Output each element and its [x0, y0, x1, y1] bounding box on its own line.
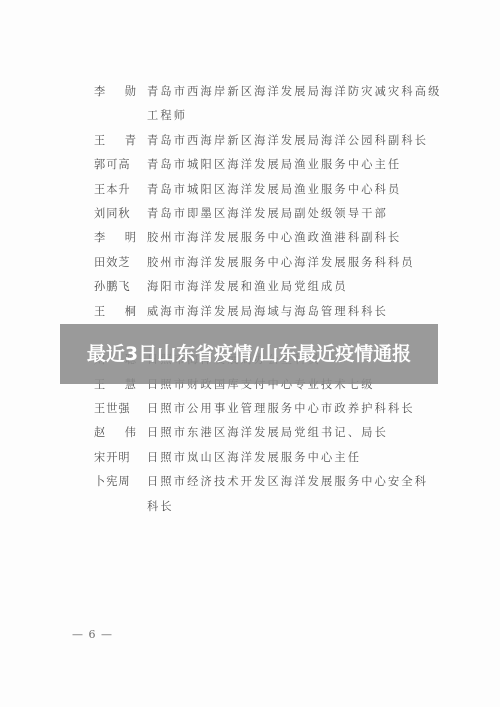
person-title: 青岛市西海岸新区海洋发展局海洋防灾减灾科高级 [147, 80, 442, 104]
person-name: 王青 [94, 129, 136, 153]
person-title: 日照市岚山区海洋发展服务中心主任 [147, 446, 361, 470]
person-title: 威海市海洋发展局海域与海岛管理科科长 [147, 300, 388, 324]
roster-row: 李明 胶州市海洋发展服务中心渔政渔港科副科长 [94, 226, 454, 250]
page-number: — 6 — [72, 628, 113, 641]
person-title: 青岛市城阳区海洋发展局渔业服务中心主任 [147, 153, 401, 177]
person-title-continuation: 科长 [147, 495, 174, 519]
person-title: 日照市公用事业管理服务中心市政养护科科长 [147, 397, 415, 421]
roster-row: 郭可高 青岛市城阳区海洋发展局渔业服务中心主任 [94, 153, 454, 177]
roster-row: 卜宪周 日照市经济技术开发区海洋发展服务中心安全科 [94, 470, 454, 494]
person-name: 孙鹏飞 [94, 275, 138, 299]
roster-row: 王青 青岛市西海岸新区海洋发展局海洋公园科副科长 [94, 129, 454, 153]
person-title: 胶州市海洋发展服务中心渔政渔港科副科长 [147, 226, 401, 250]
person-title: 海阳市海洋发展和渔业局党组成员 [147, 275, 348, 299]
person-title: 胶州市海洋发展服务中心海洋发展服务科科员 [147, 251, 415, 275]
roster-row: 赵伟 日照市东港区海洋发展局党组书记、局长 [94, 421, 454, 445]
roster-row: 田效芝 胶州市海洋发展服务中心海洋发展服务科科员 [94, 251, 454, 275]
person-name: 郭可高 [94, 153, 138, 177]
roster-row: 宋开明 日照市岚山区海洋发展服务中心主任 [94, 446, 454, 470]
person-name: 王本升 [94, 178, 138, 202]
person-title: 日照市经济技术开发区海洋发展服务中心安全科 [147, 470, 428, 494]
person-name: 赵伟 [94, 421, 136, 445]
roster-row: 孙鹏飞 海阳市海洋发展和渔业局党组成员 [94, 275, 454, 299]
person-name: 宋开明 [94, 446, 138, 470]
person-name: 李明 [94, 226, 136, 250]
person-name: 王世强 [94, 397, 138, 421]
person-title: 青岛市西海岸新区海洋发展局海洋公园科副科长 [147, 129, 428, 153]
person-name: 田效芝 [94, 251, 138, 275]
roster-row: 李勋 青岛市西海岸新区海洋发展局海洋防灾减灾科高级 [94, 80, 454, 104]
person-name: 卜宪周 [94, 470, 138, 494]
roster-row-continuation: 工程师 [94, 104, 454, 128]
personnel-roster: 李勋 青岛市西海岸新区海洋发展局海洋防灾减灾科高级 工程师 王青 青岛市西海岸新… [94, 80, 454, 519]
headline-text: 最近3日山东省疫情/山东最近疫情通报 [69, 343, 429, 365]
roster-row: 王世强 日照市公用事业管理服务中心市政养护科科长 [94, 397, 454, 421]
roster-row: 刘同秋 青岛市即墨区海洋发展局副处级领导干部 [94, 202, 454, 226]
person-name: 李勋 [94, 80, 136, 104]
person-title: 青岛市即墨区海洋发展局副处级领导干部 [147, 202, 388, 226]
roster-row: 王桐 威海市海洋发展局海域与海岛管理科科长 [94, 300, 454, 324]
person-name: 王桐 [94, 300, 136, 324]
person-name: 刘同秋 [94, 202, 138, 226]
person-title: 青岛市城阳区海洋发展局渔业服务中心科员 [147, 178, 401, 202]
person-title-continuation: 工程师 [147, 104, 187, 128]
headline-overlay-banner: 最近3日山东省疫情/山东最近疫情通报 [60, 324, 438, 384]
person-title: 日照市东港区海洋发展局党组书记、局长 [147, 421, 388, 445]
roster-row-continuation: 科长 [94, 495, 454, 519]
roster-row: 王本升 青岛市城阳区海洋发展局渔业服务中心科员 [94, 178, 454, 202]
